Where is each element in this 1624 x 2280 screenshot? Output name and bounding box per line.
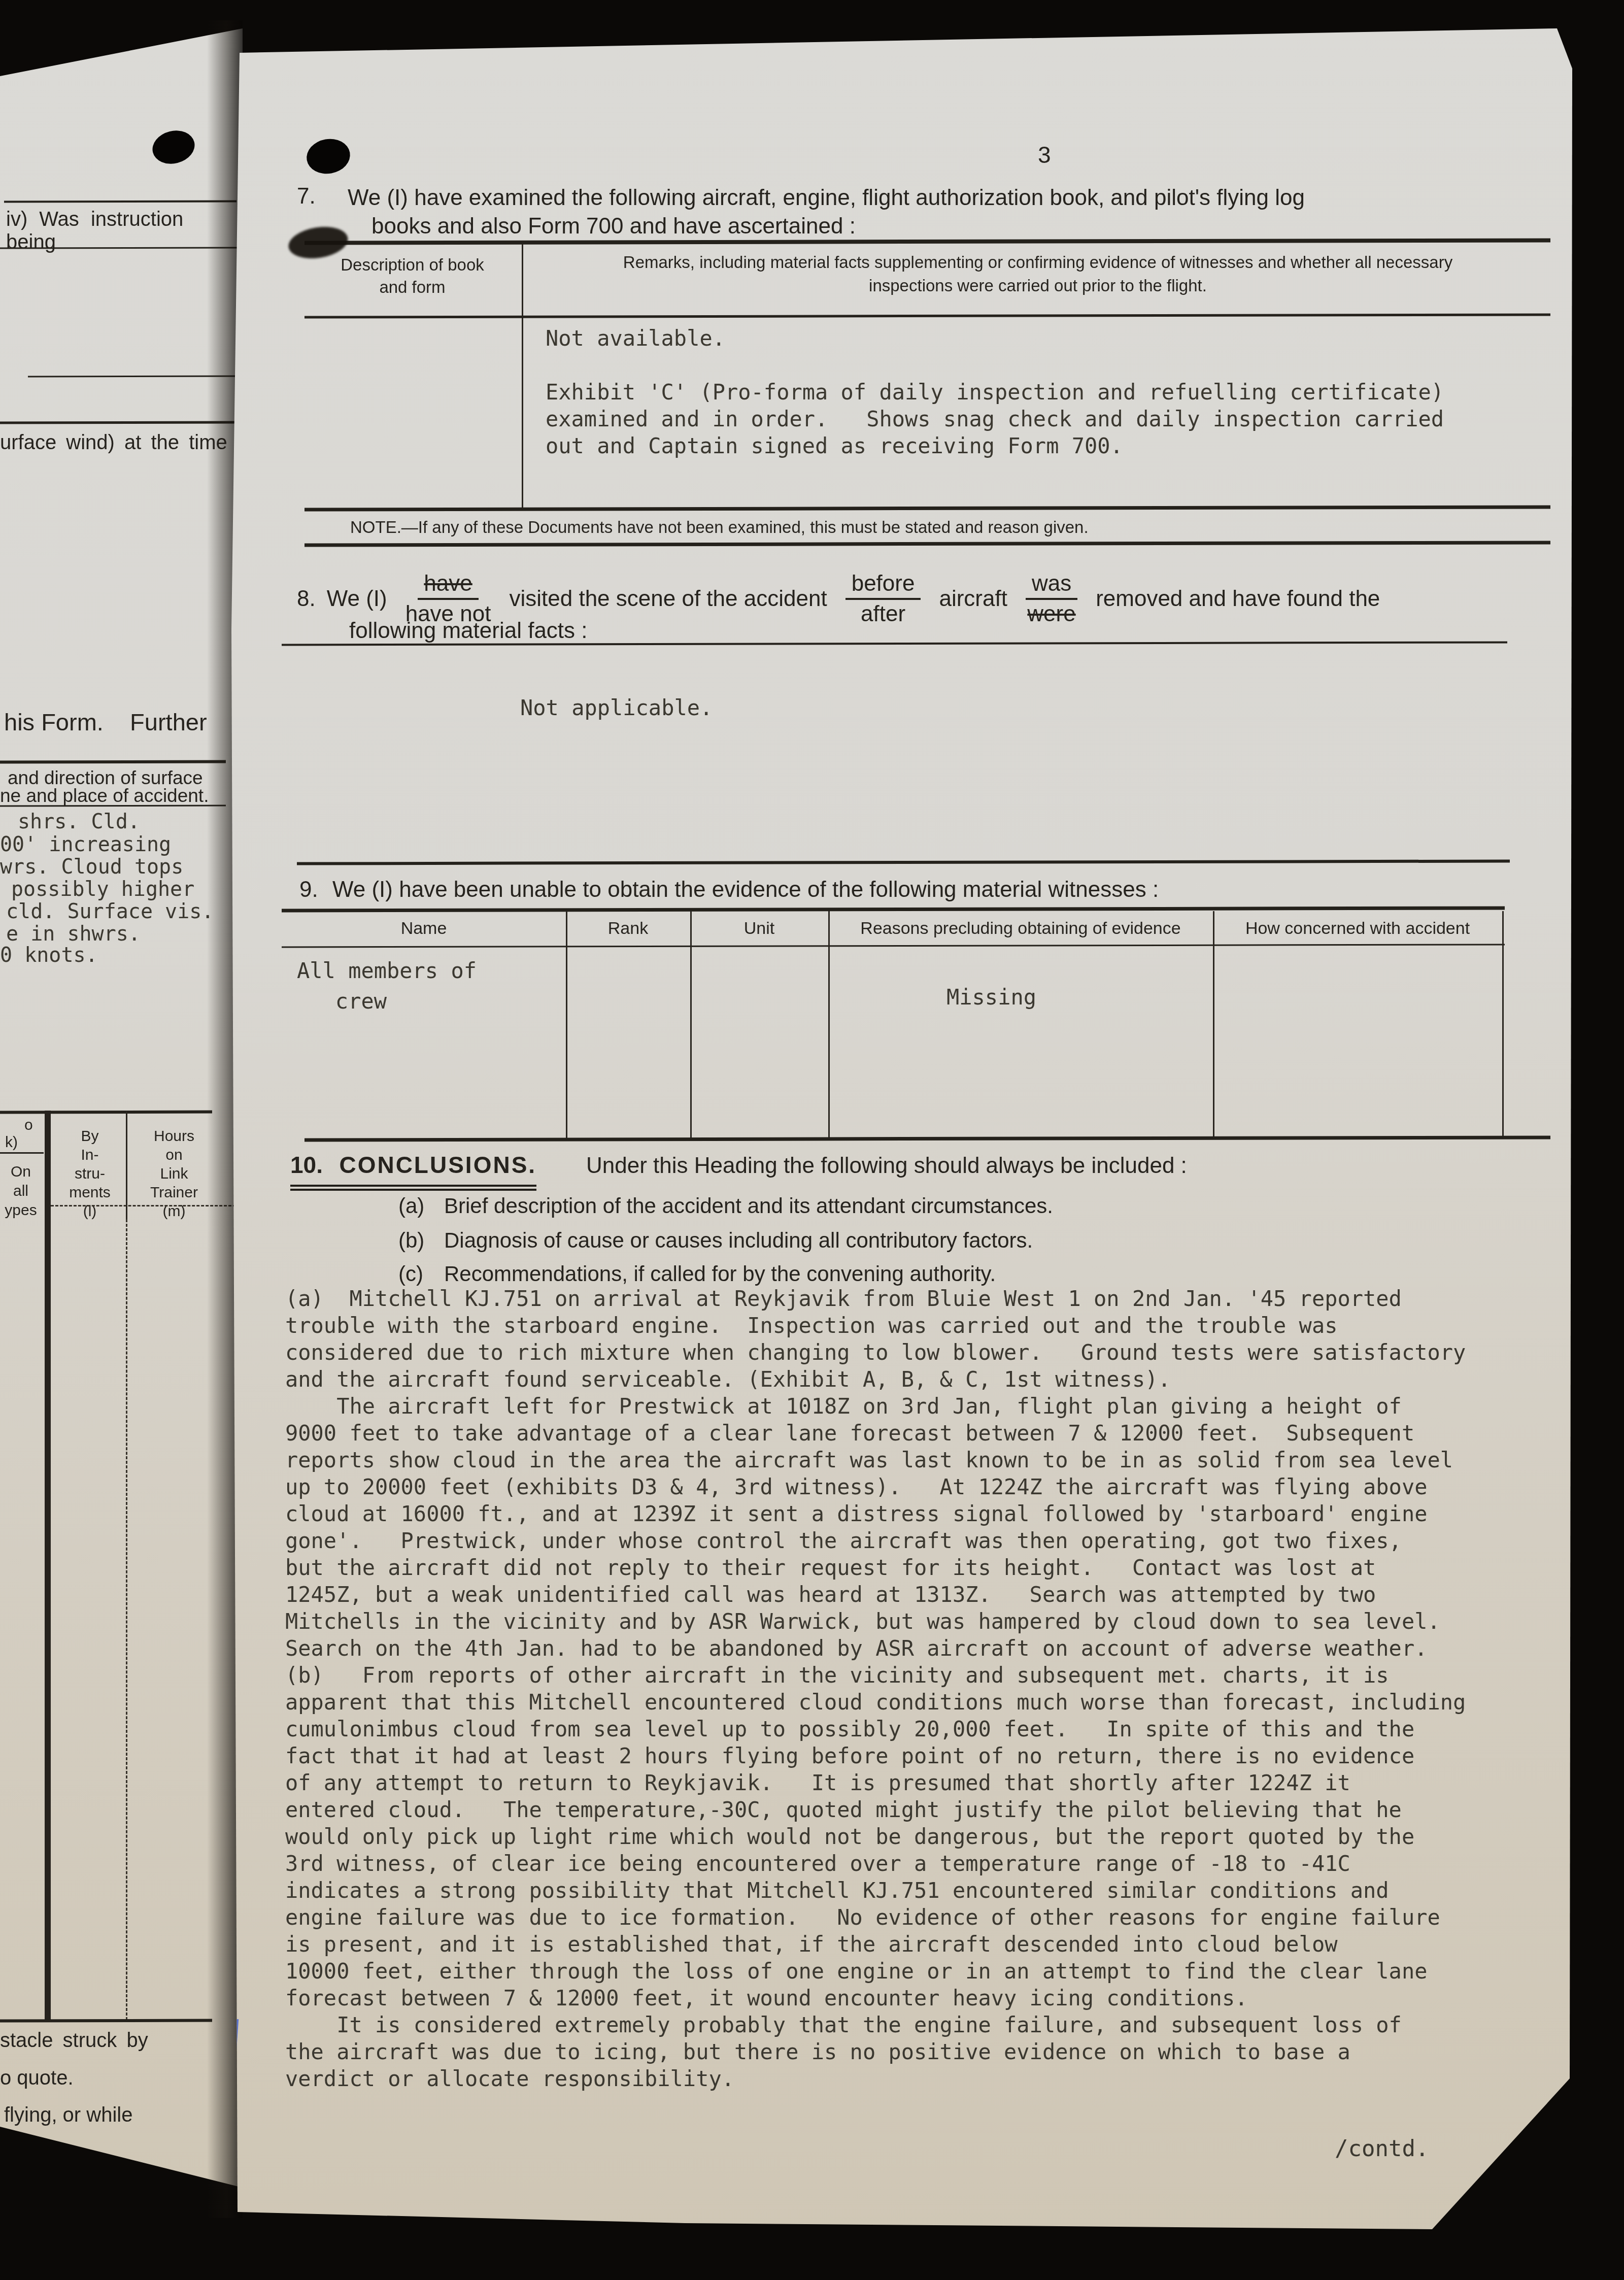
column-rule bbox=[126, 1111, 127, 1219]
column-rule bbox=[828, 911, 830, 1138]
choice-were: were bbox=[1027, 600, 1075, 626]
typed-fragment: cld. Surface vis. bbox=[6, 900, 214, 923]
header-bottom-border bbox=[304, 313, 1550, 318]
rule bbox=[0, 1152, 44, 1154]
form-fragment: k) bbox=[5, 1134, 18, 1151]
rule bbox=[4, 200, 236, 203]
column-header-reasons: Reasons precluding obtaining of evidence bbox=[828, 919, 1213, 938]
item-10-text: Under this Heading the following should … bbox=[586, 1153, 1187, 1179]
table-top-border bbox=[282, 906, 1505, 912]
choice-before: before bbox=[845, 572, 921, 600]
choice-before-after: before after bbox=[845, 572, 921, 627]
item-8-mid1: visited the scene of the accident bbox=[509, 586, 827, 612]
form-fragment: his Form. Further bbox=[4, 708, 207, 736]
rule bbox=[297, 859, 1510, 865]
item-8-answer: Not applicable. bbox=[520, 695, 713, 720]
column-rule-dashed bbox=[126, 1219, 127, 2020]
typed-fragment: possibly higher bbox=[11, 878, 194, 901]
point-a-label: (a) bbox=[398, 1194, 424, 1218]
typed-fragment: 00' increasing bbox=[0, 833, 171, 856]
point-b-text: Diagnosis of cause or causes including a… bbox=[444, 1228, 1033, 1253]
column-rule bbox=[1213, 911, 1214, 1138]
item-7-text: We (I) have examined the following aircr… bbox=[348, 184, 1589, 241]
form-fragment: stacle struck by bbox=[0, 2029, 148, 2052]
item-8-lead: We (I) bbox=[327, 586, 387, 612]
column-rule bbox=[1502, 911, 1504, 1138]
form-fragment: flying, or while bbox=[4, 2104, 132, 2127]
documents-table: Description of book and form Remarks, in… bbox=[304, 240, 1550, 510]
item-10-heading: 10. CONCLUSIONS. bbox=[290, 1151, 536, 1191]
choice-was-were: was were bbox=[1026, 572, 1077, 627]
scanned-page: 3 7. We (I) have examined the following … bbox=[228, 20, 1581, 2254]
column-header-link-trainer: Hours on Link Trainer (m) bbox=[131, 1127, 217, 1221]
rule bbox=[0, 1111, 212, 1114]
point-b-label: (b) bbox=[398, 1228, 424, 1253]
item-10-number: 10. bbox=[290, 1152, 323, 1178]
item-8-number: 8. bbox=[297, 586, 316, 612]
table-bottom-border bbox=[304, 505, 1550, 511]
column-rule bbox=[690, 911, 692, 1138]
column-rule bbox=[566, 911, 567, 1138]
continued-marker: /contd. bbox=[1335, 2136, 1429, 2162]
choice-was: was bbox=[1026, 572, 1077, 600]
table-top-border bbox=[304, 238, 1550, 245]
column-header-remarks: Remarks, including material facts supple… bbox=[533, 251, 1543, 297]
typed-fragment: wrs. Cloud tops bbox=[0, 855, 183, 879]
header-bottom-border bbox=[282, 944, 1505, 948]
witness-table: Name Rank Unit Reasons precluding obtain… bbox=[282, 908, 1505, 1138]
witness-reasons-cell: Missing bbox=[946, 985, 1036, 1010]
point-c-label: (c) bbox=[398, 1262, 423, 1286]
form-fragment: o bbox=[24, 1117, 33, 1134]
form-fragment: ne and place of accident. bbox=[0, 785, 209, 807]
typed-fragment: e in shwrs. bbox=[6, 922, 141, 946]
form-fragment: urface wind) at the time bbox=[0, 431, 227, 454]
rule bbox=[0, 760, 226, 764]
remarks-entry: Not available. Exhibit 'C' (Pro-forma of… bbox=[546, 325, 1444, 459]
column-header-concerned: How concerned with accident bbox=[1213, 919, 1502, 938]
item-9-number: 9. bbox=[299, 877, 318, 902]
typed-fragment: 0 knots. bbox=[0, 944, 98, 967]
column-rule bbox=[522, 244, 523, 510]
witness-name-cell: All members of crew bbox=[297, 956, 477, 1017]
item-7-number: 7. bbox=[297, 184, 316, 209]
note-text: NOTE.—If any of these Documents have not… bbox=[350, 518, 1089, 537]
item-8-tail: removed and have found the bbox=[1096, 586, 1380, 612]
point-a-text: Brief description of the accident and it… bbox=[444, 1194, 1053, 1218]
form-fragment: o quote. bbox=[0, 2067, 74, 2090]
column-rule bbox=[45, 1111, 51, 2020]
column-header-unit: Unit bbox=[690, 919, 828, 938]
page-number: 3 bbox=[1038, 141, 1051, 169]
choice-have-top: have bbox=[418, 572, 478, 600]
conclusions-body: (a) Mitchell KJ.751 on arrival at Reykja… bbox=[285, 1285, 1466, 2092]
rule bbox=[0, 2019, 212, 2023]
adjacent-page-strip: iv) Was instruction being urface wind) a… bbox=[0, 0, 243, 2280]
choice-after: after bbox=[861, 600, 905, 626]
typed-fragment: shrs. Cld. bbox=[18, 810, 140, 833]
column-header-by-instruments: By In- stru- ments (l) bbox=[57, 1127, 123, 1221]
scan-background: { "colors": { "paper": "#d8d6d1", "paper… bbox=[0, 0, 1624, 2280]
item-8-mid2: aircraft bbox=[939, 586, 1007, 612]
rule bbox=[304, 541, 1550, 547]
column-header-name: Name bbox=[282, 919, 566, 938]
item-10-title: CONCLUSIONS. bbox=[339, 1152, 536, 1178]
column-header-rank: Rank bbox=[566, 919, 690, 938]
rule bbox=[0, 421, 239, 424]
item-8-tail2: following material facts : bbox=[349, 618, 588, 644]
column-header-description: Description of book and form bbox=[304, 254, 520, 298]
form-fragment: On all ypes bbox=[0, 1162, 42, 1220]
point-c-text: Recommendations, if called for by the co… bbox=[444, 1262, 996, 1286]
item-9-text: We (I) have been unable to obtain the ev… bbox=[332, 877, 1510, 902]
